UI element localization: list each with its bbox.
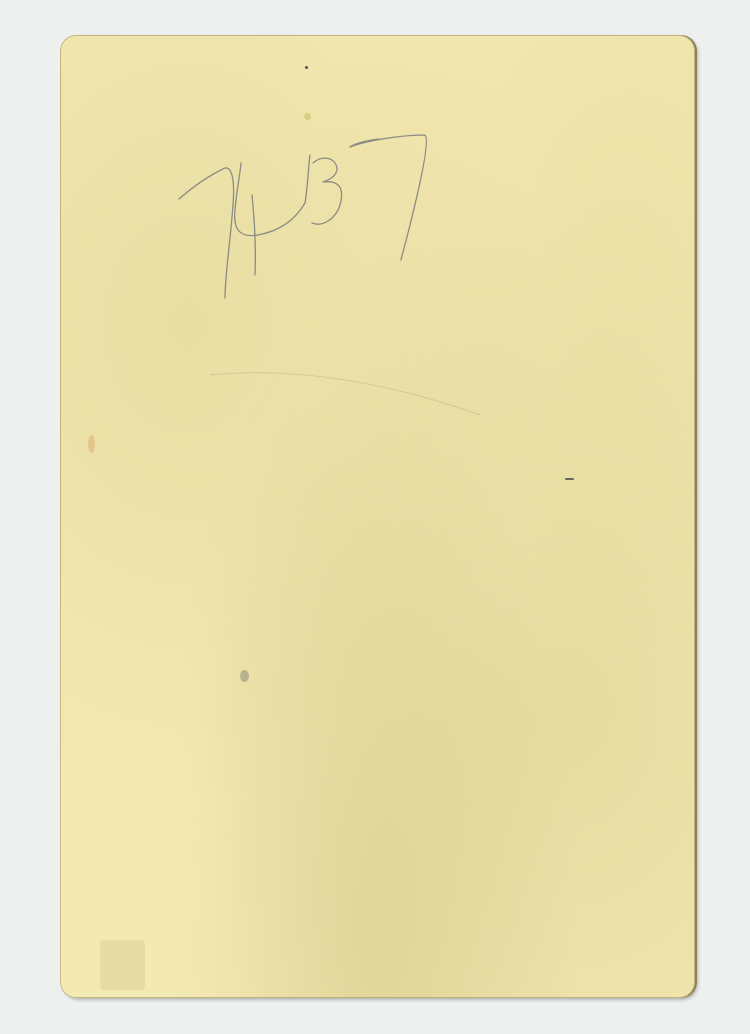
stain-spot <box>240 670 249 682</box>
photo-card-back: 7437 <box>60 35 695 998</box>
handwritten-number: 7437 <box>60 35 695 998</box>
dot-mark <box>305 66 308 69</box>
dash-mark <box>565 478 574 480</box>
bottom-mark <box>100 940 145 990</box>
edge-stain <box>88 435 95 453</box>
yellow-spot <box>304 113 311 120</box>
